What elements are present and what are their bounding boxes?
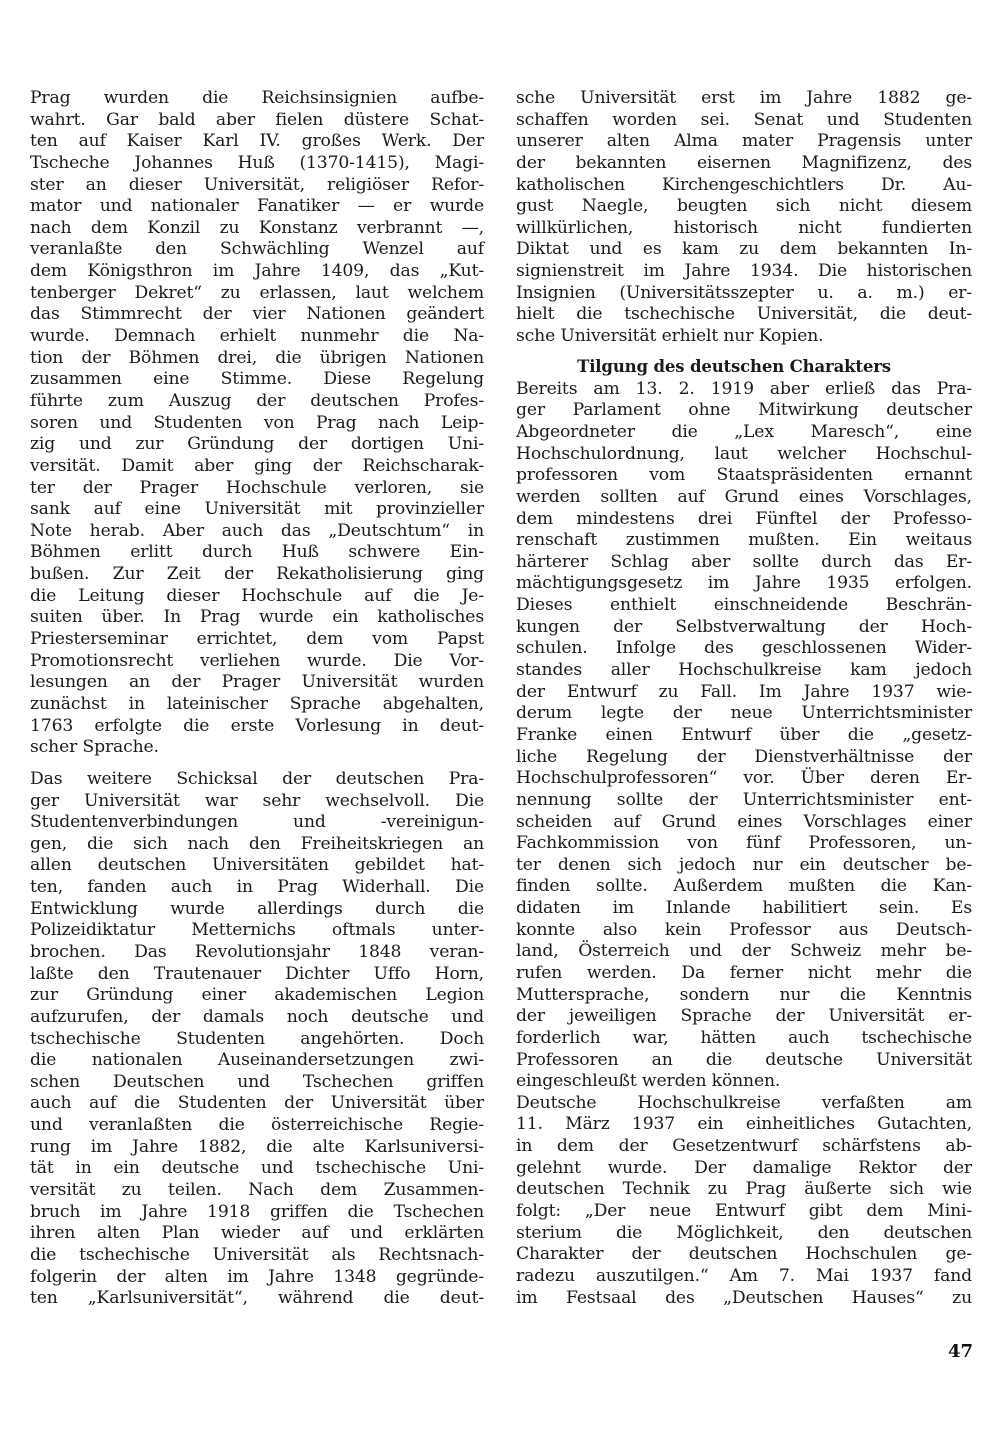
text-line: standes aller Hochschulkreise kam jedoch: [516, 660, 972, 682]
text-line: führte zum Auszug der deutschen Profes-: [30, 391, 484, 413]
text-line: rung im Jahre 1882, die alte Karlsuniver…: [30, 1137, 484, 1159]
text-line: 11. März 1937 ein einheitliches Gutachte…: [516, 1114, 972, 1136]
text-line: zur Gründung einer akademischen Legion: [30, 985, 484, 1007]
text-line: auch auf die Studenten der Universität ü…: [30, 1093, 484, 1115]
text-line: derum legte der neue Unterrichtsminister: [516, 703, 972, 725]
text-line: eingeschleußt werden können.: [516, 1071, 972, 1093]
text-line: laßte den Trautenauer Dichter Uffo Horn,: [30, 964, 484, 986]
text-line: versität zu teilen. Nach dem Zusammen-: [30, 1180, 484, 1202]
text-line: gust Naegle, beugten sich nicht diesem: [516, 196, 972, 218]
text-line: suiten über. In Prag wurde ein katholisc…: [30, 607, 484, 629]
text-line: Polizeidiktatur Metternichs oftmals unte…: [30, 920, 484, 942]
text-line: wurde. Demnach erhielt nunmehr die Na-: [30, 326, 484, 348]
text-line: ten auf Kaiser Karl IV. großes Werk. Der: [30, 131, 484, 153]
text-line: Tscheche Johannes Huß (1370-1415), Magi-: [30, 153, 484, 175]
text-line: dem mindestens drei Fünftel der Professo…: [516, 509, 972, 531]
paragraph: Das weitere Schicksal der deutschen Pra-…: [30, 769, 484, 1310]
text-line: ger Universität war sehr wechselvoll. Di…: [30, 791, 484, 813]
text-line: Böhmen erlitt durch Huß schwere Ein-: [30, 542, 484, 564]
text-line: Professoren an die deutsche Universität: [516, 1050, 972, 1072]
text-line: ten, fanden auch in Prag Widerhall. Die: [30, 877, 484, 899]
text-line: Hochschulordnung, laut welcher Hochschul…: [516, 444, 972, 466]
text-line: veranlaßte den Schwächling Wenzel auf: [30, 239, 484, 261]
right-column: sche Universität erst im Jahre 1882 ge-s…: [516, 88, 972, 1309]
text-line: zusammen eine Stimme. Diese Regelung: [30, 369, 484, 391]
text-line: zunächst in lateinischer Sprache abgehal…: [30, 694, 484, 716]
text-line: tion der Böhmen drei, die übrigen Nation…: [30, 348, 484, 370]
text-line: Priesterseminar errichtet, dem vom Papst: [30, 629, 484, 651]
text-line: im Festsaal des „Deutschen Hauses“ zu: [516, 1288, 972, 1310]
text-line: bußen. Zur Zeit der Rekatholisierung gin…: [30, 564, 484, 586]
text-line: Charakter der deutschen Hochschulen ge-: [516, 1244, 972, 1266]
text-line: Abgeordneter die „Lex Maresch“, eine: [516, 422, 972, 444]
text-line: nach dem Konzil zu Konstanz verbrannt —,: [30, 218, 484, 240]
text-line: sterium die Möglichkeit, den deutschen: [516, 1223, 972, 1245]
text-line: Insignien (Universitätsszepter u. a. m.)…: [516, 283, 972, 305]
text-line: tschechische Studenten angehörten. Doch: [30, 1029, 484, 1051]
text-line: unserer alten Alma mater Pragensis unter: [516, 131, 972, 153]
text-line: die Leitung dieser Hochschule auf die Je…: [30, 586, 484, 608]
section-heading: Tilgung des deutschen Charakters: [516, 354, 972, 379]
text-line: Diktat und es kam zu dem bekannten In-: [516, 239, 972, 261]
text-line: forderlich war, hätten auch tschechische: [516, 1028, 972, 1050]
text-line: liche Regelung der Dienstverhältnisse de…: [516, 747, 972, 769]
text-line: ter denen sich jedoch nur ein deutscher …: [516, 855, 972, 877]
text-line: konnte also kein Professor aus Deutsch-: [516, 920, 972, 942]
text-line: deutschen Technik zu Prag äußerte sich w…: [516, 1179, 972, 1201]
text-line: schen Deutschen und Tschechen griffen: [30, 1072, 484, 1094]
text-line: 1763 erfolgte die erste Vorlesung in deu…: [30, 716, 484, 738]
text-line: Deutsche Hochschulkreise verfaßten am: [516, 1093, 972, 1115]
text-line: mator und nationaler Fanatiker — er wurd…: [30, 196, 484, 218]
paragraph: Prag wurden die Reichsinsignien aufbe-wa…: [30, 88, 484, 759]
text-line: und veranlaßten die österreichische Regi…: [30, 1115, 484, 1137]
text-line: scheiden auf Grund eines Vorschlages ein…: [516, 812, 972, 834]
text-line: hielt die tschechische Universität, die …: [516, 304, 972, 326]
text-line: gen, die sich nach den Freiheitskriegen …: [30, 834, 484, 856]
text-line: die tschechische Universität als Rechtsn…: [30, 1245, 484, 1267]
text-line: tenberger Dekret“ zu erlassen, laut welc…: [30, 283, 484, 305]
text-line: Studentenverbindungen und -vereinigun-: [30, 812, 484, 834]
text-line: das Stimmrecht der vier Nationen geänder…: [30, 304, 484, 326]
text-line: der bekannten eisernen Magnifizenz, des: [516, 153, 972, 175]
text-line: Franke einen Entwurf über die „gesetz-: [516, 725, 972, 747]
text-line: sche Universität erhielt nur Kopien.: [516, 326, 972, 348]
text-line: dem Königsthron im Jahre 1409, das „Kut-: [30, 261, 484, 283]
text-line: Fachkommission von fünf Professoren, un-: [516, 833, 972, 855]
text-line: willkürlichen, historisch nicht fundiert…: [516, 218, 972, 240]
document-page: Prag wurden die Reichsinsignien aufbe-wa…: [0, 0, 1000, 1432]
text-line: Bereits am 13. 2. 1919 aber erließ das P…: [516, 379, 972, 401]
text-line: nennung sollte der Unterrichtsminister e…: [516, 790, 972, 812]
text-line: finden sollte. Außerdem mußten die Kan-: [516, 876, 972, 898]
text-line: ter der Prager Hochschule verloren, sie: [30, 478, 484, 500]
text-line: bruch im Jahre 1918 griffen die Tscheche…: [30, 1202, 484, 1224]
text-line: allen deutschen Universitäten gebildet h…: [30, 855, 484, 877]
text-line: schulen. Infolge des geschlossenen Wider…: [516, 638, 972, 660]
text-line: mächtigungsgesetz im Jahre 1935 erfolgen…: [516, 573, 972, 595]
text-line: soren und Studenten von Prag nach Leip-: [30, 413, 484, 435]
text-line: signienstreit im Jahre 1934. Die histori…: [516, 261, 972, 283]
paragraph: Deutsche Hochschulkreise verfaßten am11.…: [516, 1093, 972, 1309]
text-line: lesungen an der Prager Universität wurde…: [30, 672, 484, 694]
left-column: Prag wurden die Reichsinsignien aufbe-wa…: [30, 88, 484, 1310]
text-line: brochen. Das Revolutionsjahr 1848 veran-: [30, 942, 484, 964]
text-line: zig und zur Gründung der dortigen Uni-: [30, 434, 484, 456]
text-line: radezu auszutilgen.“ Am 7. Mai 1937 fand: [516, 1266, 972, 1288]
text-line: die nationalen Auseinandersetzungen zwi-: [30, 1050, 484, 1072]
text-line: sche Universität erst im Jahre 1882 ge-: [516, 88, 972, 110]
text-line: aufzurufen, der damals noch deutsche und: [30, 1007, 484, 1029]
text-line: katholischen Kirchengeschichtlers Dr. Au…: [516, 175, 972, 197]
text-line: ten „Karlsuniversität“, während die deut…: [30, 1288, 484, 1310]
text-line: Note herab. Aber auch das „Deutschtum“ i…: [30, 521, 484, 543]
text-line: härterer Schlag aber sollte durch das Er…: [516, 552, 972, 574]
text-line: renschaft zustimmen mußten. Ein weitaus: [516, 530, 972, 552]
text-line: Prag wurden die Reichsinsignien aufbe-: [30, 88, 484, 110]
text-line: Entwicklung wurde allerdings durch die: [30, 899, 484, 921]
text-line: Promotionsrecht verliehen wurde. Die Vor…: [30, 651, 484, 673]
text-line: folgerin der alten im Jahre 1348 gegründ…: [30, 1267, 484, 1289]
text-line: land, Österreich und der Schweiz mehr be…: [516, 941, 972, 963]
text-line: schaffen worden sei. Senat und Studenten: [516, 110, 972, 132]
paragraph: sche Universität erst im Jahre 1882 ge-s…: [516, 88, 972, 348]
text-line: folgt: „Der neue Entwurf gibt dem Mini-: [516, 1201, 972, 1223]
paragraph: Bereits am 13. 2. 1919 aber erließ das P…: [516, 379, 972, 1093]
text-line: ihren alten Plan wieder auf und erklärte…: [30, 1223, 484, 1245]
text-line: Das weitere Schicksal der deutschen Pra-: [30, 769, 484, 791]
text-line: professoren vom Staatspräsidenten ernann…: [516, 465, 972, 487]
text-line: scher Sprache.: [30, 737, 484, 759]
text-line: rufen werden. Da ferner nicht mehr die: [516, 963, 972, 985]
text-line: tät in ein deutsche und tschechische Uni…: [30, 1158, 484, 1180]
text-line: der Entwurf zu Fall. Im Jahre 1937 wie-: [516, 682, 972, 704]
text-line: sank auf eine Universität mit provinziel…: [30, 499, 484, 521]
text-line: werden sollten auf Grund eines Vorschlag…: [516, 487, 972, 509]
text-line: Hochschulprofessoren“ vor. Über deren Er…: [516, 768, 972, 790]
text-line: der jeweiligen Sprache der Universität e…: [516, 1006, 972, 1028]
text-line: Dieses enthielt einschneidende Beschrän-: [516, 595, 972, 617]
text-line: Muttersprache, sondern nur die Kenntnis: [516, 985, 972, 1007]
text-line: ger Parlament ohne Mitwirkung deutscher: [516, 400, 972, 422]
text-line: ster an dieser Universität, religiöser R…: [30, 175, 484, 197]
text-line: didaten im Inlande habilitiert sein. Es: [516, 898, 972, 920]
paragraph-gap: [30, 759, 484, 769]
text-line: wahrt. Gar bald aber fielen düstere Scha…: [30, 110, 484, 132]
page-number: 47: [948, 1341, 973, 1362]
text-line: in dem der Gesetzentwurf schärfstens ab-: [516, 1136, 972, 1158]
text-line: versität. Damit aber ging der Reichschar…: [30, 456, 484, 478]
text-line: kungen der Selbstverwaltung der Hoch-: [516, 617, 972, 639]
text-line: gelehnt wurde. Der damalige Rektor der: [516, 1158, 972, 1180]
